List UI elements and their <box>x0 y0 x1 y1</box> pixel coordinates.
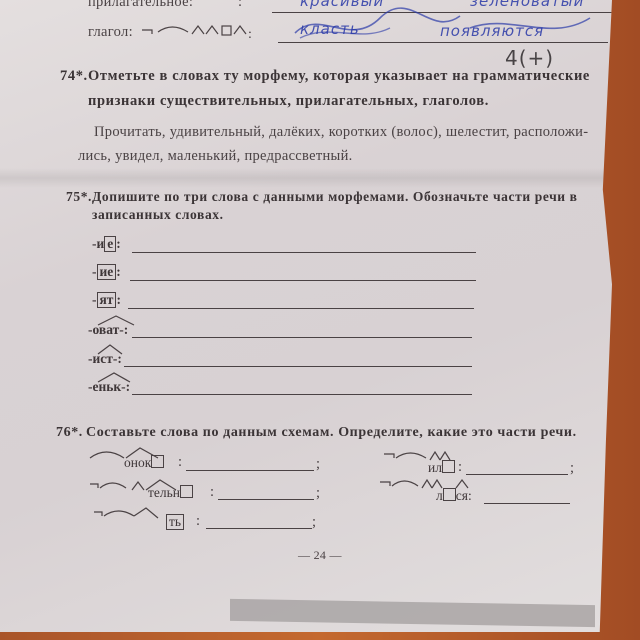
scheme-2-punct: ; <box>316 485 320 502</box>
answer-line-scheme-3[interactable] <box>206 528 312 529</box>
task-74-number: 74*. <box>60 68 88 85</box>
morpheme-row-1: -ие: <box>92 236 121 252</box>
task-75-title-line-2: записанных словах. <box>92 207 224 223</box>
word-scheme-3-icon <box>92 506 172 524</box>
scheme-3-punct: ; <box>312 514 316 531</box>
svg-text::: : <box>248 27 252 42</box>
answer-line-scheme-2[interactable] <box>218 499 314 500</box>
morpheme-colon: : <box>116 236 121 251</box>
task-74-words-line-2: лись, увидел, маленький, предрассветный. <box>78 148 353 165</box>
scheme-5-text: лся: <box>436 488 472 504</box>
verb-morpheme-scheme-icon: : <box>140 22 270 42</box>
scheme-4-punct: ; <box>570 460 574 477</box>
ending-square-icon <box>443 488 456 501</box>
scheme-3-text: ть <box>166 514 184 530</box>
colon: : <box>210 484 214 501</box>
colon: : <box>458 459 462 476</box>
morpheme-prefix: -и <box>92 236 104 251</box>
task-75-number: 75*. <box>66 189 92 205</box>
paper-fold <box>0 168 612 188</box>
task-74-title-line-1: Отметьте в словах ту морфему, которая ук… <box>88 68 590 85</box>
task-76-number: 76*. <box>56 425 83 441</box>
answer-line-row-4[interactable] <box>132 337 472 338</box>
ending-box: ие <box>97 264 117 280</box>
ending-box: е <box>104 236 116 252</box>
task-75-title-line-1: Допишите по три слова с данными морфемам… <box>92 189 578 205</box>
task-76-title: Составьте слова по данным схемам. Опреде… <box>86 425 577 441</box>
morpheme-colon: : <box>116 292 121 307</box>
page-number: — 24 — <box>298 548 342 563</box>
shadow-strip <box>230 599 595 627</box>
ink-scribble-icon <box>290 8 610 48</box>
answer-line-row-6[interactable] <box>132 394 472 395</box>
answer-line-row-2[interactable] <box>130 280 476 281</box>
scheme-4-text: ил <box>428 460 455 476</box>
answer-line-scheme-1[interactable] <box>186 470 314 471</box>
scheme-root-end: л <box>436 488 443 503</box>
morpheme-row-3: -ят: <box>92 292 121 308</box>
answer-line-row-1[interactable] <box>132 252 476 253</box>
morpheme-colon: : <box>116 264 121 279</box>
grade-mark: 4(+) <box>505 46 554 70</box>
adjective-label: прилагательное: <box>88 0 193 11</box>
morpheme-row-2: -ие: <box>92 264 121 280</box>
task-74-words-line-1: Прочитать, удивительный, далёких, коротк… <box>94 124 588 141</box>
scheme-postfix: ся <box>456 488 468 503</box>
ending-box: ят <box>97 292 117 308</box>
answer-line-scheme-5[interactable] <box>484 503 570 504</box>
scheme-suffix: онок <box>124 455 151 470</box>
ending-square-icon <box>151 455 164 468</box>
colon: : <box>196 513 200 530</box>
colon: : <box>178 454 182 471</box>
scheme-1-punct: ; <box>316 456 320 473</box>
workbook-page: прилагательное: : красивый зеленоватый г… <box>0 0 612 632</box>
answer-line-row-3[interactable] <box>128 308 474 309</box>
verb-label: глагол: <box>88 24 133 41</box>
answer-line-row-5[interactable] <box>124 366 472 367</box>
morpheme-row-6: -еньк-: <box>88 379 130 395</box>
scheme-suffix: ил <box>428 460 442 475</box>
scheme-suffix: тельн <box>148 485 180 500</box>
scheme-1-text: онок <box>124 455 164 471</box>
answer-line-scheme-4[interactable] <box>466 474 568 475</box>
morpheme-row-5: -ист-: <box>88 351 122 367</box>
task-74-title-line-2: признаки существительных, прилагательных… <box>88 93 489 110</box>
ending-square-icon <box>180 485 193 498</box>
colon: : <box>238 0 242 11</box>
ending-box: ть <box>166 514 184 530</box>
ending-square-icon <box>442 460 455 473</box>
scheme-2-text: тельн <box>148 485 193 501</box>
morpheme-row-4: -оват-: <box>88 322 128 338</box>
